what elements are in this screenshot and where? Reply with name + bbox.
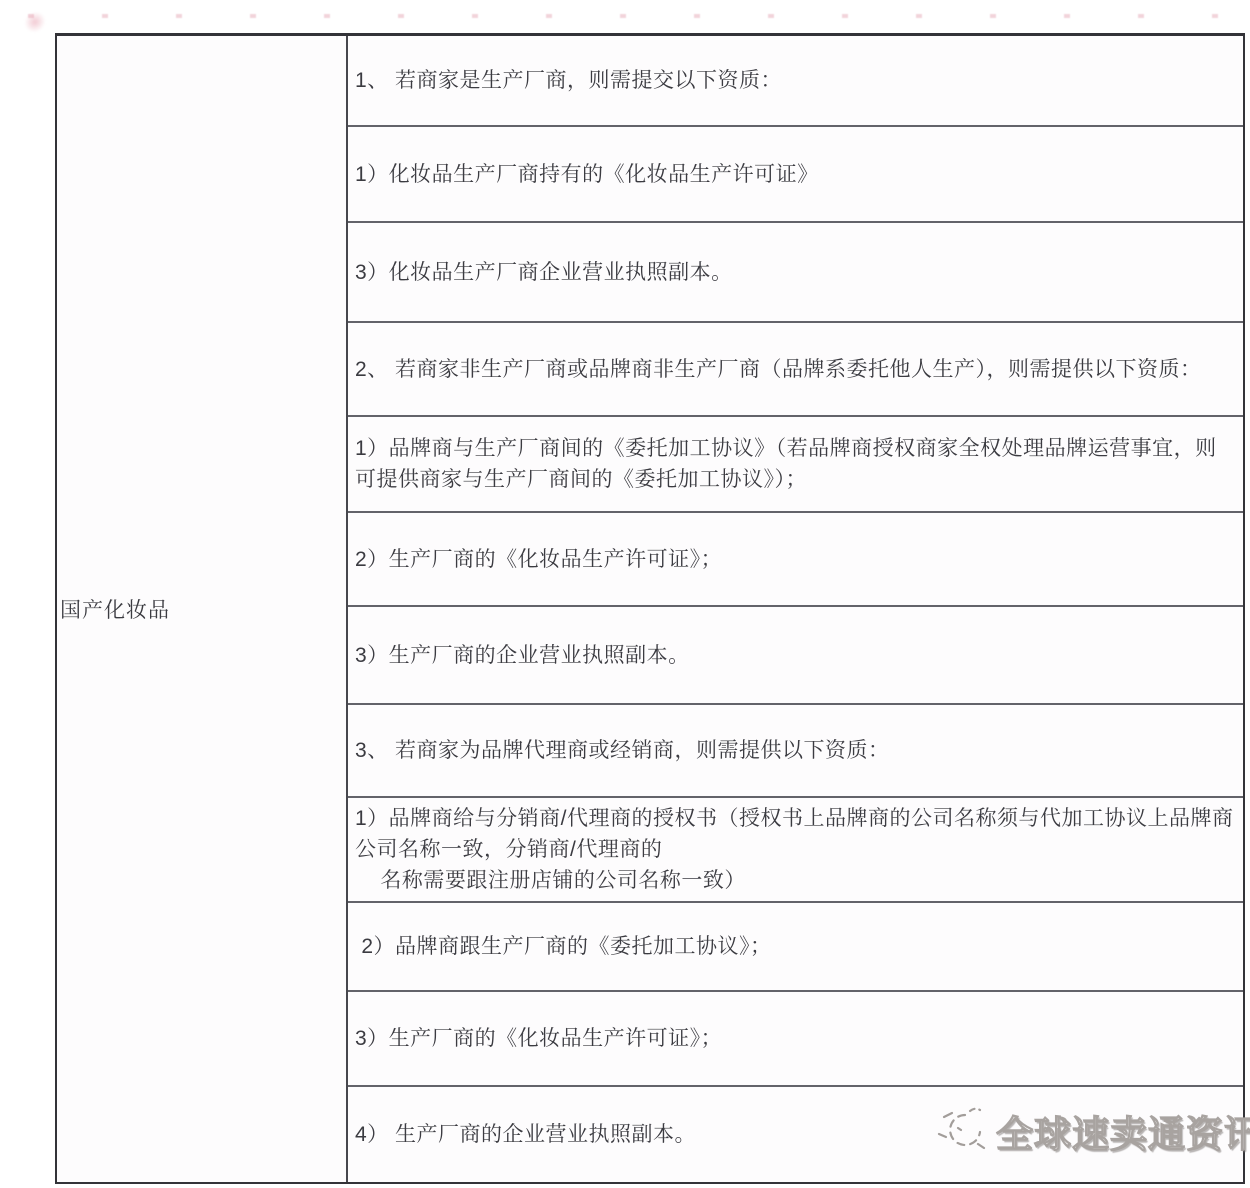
table-row: 3）生产厂商的企业营业执照副本。 (348, 607, 1243, 705)
requirements-column: 1、 若商家是生产厂商，则需提交以下资质： 1）化妆品生产厂商持有的《化妆品生产… (348, 36, 1243, 1182)
requirement-text: 1）品牌商与生产厂商间的《委托加工协议》（若品牌商授权商家全权处理品牌运营事宜，… (355, 433, 1235, 495)
qualification-table: 国产化妆品 1、 若商家是生产厂商，则需提交以下资质： 1）化妆品生产厂商持有的… (55, 33, 1245, 1184)
table-row: 1）品牌商与生产厂商间的《委托加工协议》（若品牌商授权商家全权处理品牌运营事宜，… (348, 417, 1243, 513)
table-row: 2）生产厂商的《化妆品生产许可证》； (348, 513, 1243, 607)
requirement-text: 4） 生产厂商的企业营业执照副本。 (355, 1119, 696, 1150)
requirement-text: 3）生产厂商的企业营业执照副本。 (355, 640, 690, 671)
requirement-text: 2）生产厂商的《化妆品生产许可证》； (355, 544, 722, 575)
faded-row-divider (28, 14, 1242, 18)
pink-artifact (20, 7, 50, 36)
category-label: 国产化妆品 (60, 594, 170, 624)
requirement-text: 3）生产厂商的《化妆品生产许可证》； (355, 1023, 722, 1054)
category-cell: 国产化妆品 (57, 36, 348, 1182)
table-row: 2、 若商家非生产厂商或品牌商非生产厂商（品牌系委托他人生产），则需提供以下资质… (348, 323, 1243, 417)
table-row: 1）化妆品生产厂商持有的《化妆品生产许可证》 (348, 127, 1243, 223)
requirement-text: 2）品牌商跟生产厂商的《委托加工协议》； (355, 931, 772, 962)
table-row: 2）品牌商跟生产厂商的《委托加工协议》； (348, 903, 1243, 992)
table-row: 4） 生产厂商的企业营业执照副本。 (348, 1087, 1243, 1182)
requirement-text: 3）化妆品生产厂商企业营业执照副本。 (355, 257, 733, 288)
table-row: 3）生产厂商的《化妆品生产许可证》； (348, 992, 1243, 1087)
document-page: 国产化妆品 1、 若商家是生产厂商，则需提交以下资质： 1）化妆品生产厂商持有的… (0, 0, 1250, 1188)
table-row: 1、 若商家是生产厂商，则需提交以下资质： (348, 36, 1243, 127)
requirement-text: 3、 若商家为品牌代理商或经销商，则需提供以下资质： (355, 735, 890, 766)
table-row: 3）化妆品生产厂商企业营业执照副本。 (348, 223, 1243, 323)
requirement-text: 1、 若商家是生产厂商，则需提交以下资质： (355, 65, 782, 96)
table-row: 3、 若商家为品牌代理商或经销商，则需提供以下资质： (348, 705, 1243, 798)
requirement-text: 1）品牌商给与分销商/代理商的授权书（授权书上品牌商的公司名称须与代加工协议上品… (355, 803, 1235, 896)
requirement-text: 1）化妆品生产厂商持有的《化妆品生产许可证》 (355, 159, 819, 190)
table-row: 1）品牌商给与分销商/代理商的授权书（授权书上品牌商的公司名称须与代加工协议上品… (348, 798, 1243, 903)
requirement-text: 2、 若商家非生产厂商或品牌商非生产厂商（品牌系委托他人生产），则需提供以下资质… (355, 354, 1202, 385)
